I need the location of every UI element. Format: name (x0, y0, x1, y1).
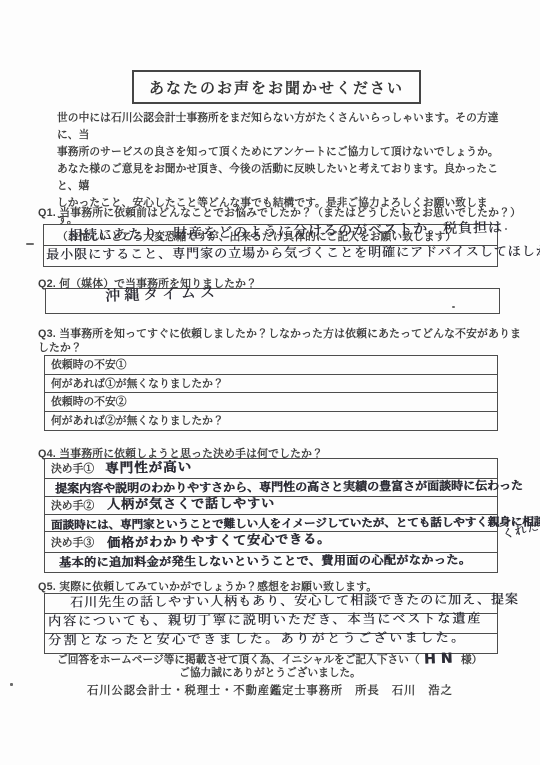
scanned-survey-page: あなたのお声をお聞かせください 世の中には石川公認会計士事務所をまだ知らない方が… (0, 0, 540, 765)
scan-speck (505, 228, 507, 230)
q5-answer-line: 分割となったと安心できました。ありがとうございました。 (48, 632, 467, 649)
q3-label-line: Q3. 当事務所を知ってすぐに依頼しましたか？しなかった方は依頼にあたってどんな… (38, 327, 521, 341)
thanks-line: ご協力誠にありがとうございました。 (0, 665, 540, 680)
q4-reason-2-answer: 面談時には、専門家ということで難しい人をイメージしていたが、とても話しやすく親身… (51, 515, 540, 531)
q4-decider-1-answer: 専門性が高い (105, 460, 192, 477)
q4-decider-2-prefix: 決め手② (51, 498, 94, 513)
q3-row-anxiety-1: 依頼時の不安① (45, 356, 497, 375)
q3-table: 依頼時の不安① 何があれば①が無くなりましたか？ 依頼時の不安② 何があれば②が… (44, 355, 498, 431)
office-signature-line: 石川公認会計士・税理士・不動産鑑定士事務所 所長 石川 浩之 (0, 682, 540, 698)
q5-answer-line: 内容についても、親切丁寧に説明いただき、本当にベストな遺産 (48, 612, 482, 629)
q4-table: 決め手① 専門性が高い 提案内容や説明のわかりやすさから、専門性の高さと実績の豊… (44, 458, 498, 573)
q4-decider-3-answer: 価格がわかりやすくて安心できる。 (107, 533, 331, 552)
scan-speck (26, 243, 34, 245)
q4-row-decider-1: 決め手① 専門性が高い (45, 459, 497, 479)
q3-row-remedy-2: 何があれば②が無くなりましたか？ (45, 412, 497, 431)
q3-row-anxiety-2: 依頼時の不安② (45, 393, 497, 412)
q4-decider-1-prefix: 決め手① (51, 461, 94, 476)
q4-row-reason-2: 面談時には、専門家ということで難しい人をイメージしていたが、とても話しやすく親身… (45, 515, 497, 532)
q4-reason-1-answer: 提案内容や説明のわかりやすさから、専門性の高さと実績の豊富さが面談時に伝わった (55, 479, 523, 495)
scan-speck (10, 683, 13, 686)
intro-line: 事務所のサービスの良さを知って頂くためにアンケートにご協力して頂けないでしょうか… (57, 144, 507, 161)
q4-decider-2-answer: 人柄が気さくで話しやすい (107, 497, 275, 512)
q4-row-reason-3: 基本的に追加料金が発生しないということで、費用面の心配がなかった。 (45, 553, 497, 572)
survey-title: あなたのお声をお聞かせください (149, 77, 404, 98)
q4-row-reason-1: 提案内容や説明のわかりやすさから、専門性の高さと実績の豊富さが面談時に伝わった (45, 479, 497, 497)
q4-reason-3-answer: 基本的に追加料金が発生しないということで、費用面の心配がなかった。 (59, 554, 471, 570)
q3-label-line: したか？ (38, 341, 82, 355)
intro-line: あなた様のご意見をお聞かせ頂き、今後の活動に反映したいと考えております。良かった… (57, 161, 507, 195)
q4-decider-3-prefix: 決め手③ (51, 535, 94, 550)
q2-answer: 沖縄タイムス (105, 284, 219, 304)
scan-speck (452, 306, 455, 308)
intro-line: 世の中には石川公認会計士事務所をまだ知らない方がたくさんいらっしゃいます。その方… (57, 110, 507, 144)
q1-label: Q1. 当事務所に依頼前はどんなことでお悩みでしたか？（またはどうしたいとお思い… (38, 206, 521, 220)
q5-label: Q5. 実際に依頼してみていかがでしょうか？感想をお願い致します。 (38, 580, 377, 594)
survey-title-box: あなたのお声をお聞かせください (132, 70, 421, 104)
q3-row-remedy-1: 何があれば①が無くなりましたか？ (45, 375, 497, 394)
q4-row-decider-2: 決め手② 人柄が気さくで話しやすい (45, 497, 497, 515)
q4-row-decider-3: 決め手③ 価格がわかりやすくて安心できる。 (45, 532, 497, 553)
